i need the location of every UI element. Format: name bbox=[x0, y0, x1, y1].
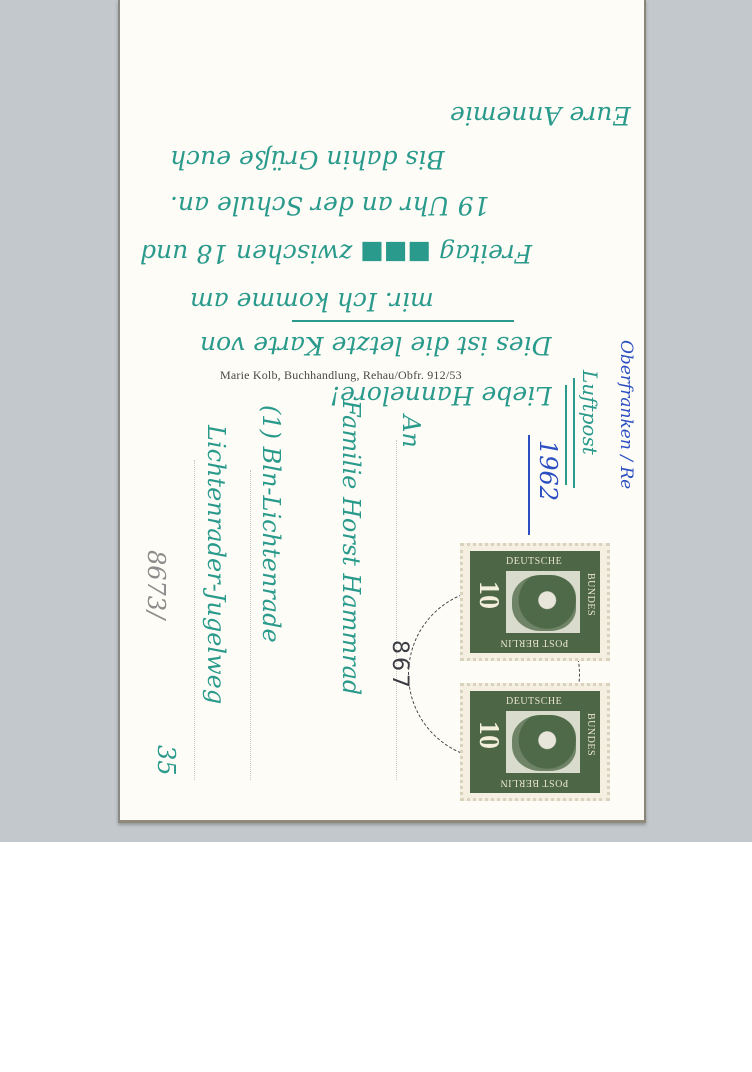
pencil-note: 8673/ bbox=[142, 550, 170, 619]
region-note: Oberfranken / Re bbox=[616, 340, 636, 489]
message-block: Dies ist die letzte Karte von mir. Ich k… bbox=[130, 60, 630, 360]
publisher-imprint: Marie Kolb, Buchhandlung, Rehau/Obfr. 91… bbox=[220, 368, 462, 383]
address-city: (1) Bln-Lichtenrade bbox=[257, 405, 285, 643]
address-guide-line bbox=[250, 470, 251, 780]
message-line: Freitag ■■■ zwischen 18 und bbox=[140, 239, 532, 268]
salutation-underline bbox=[292, 320, 514, 322]
message-line: Bis dahin Grüße euch bbox=[170, 145, 445, 174]
address-prefix: An bbox=[397, 415, 425, 448]
message-line: Dies ist die letzte Karte von bbox=[200, 331, 552, 360]
year-note: 1962 bbox=[534, 440, 562, 501]
airmail-note: Luftpost bbox=[578, 370, 602, 455]
address-house-number: 35 bbox=[152, 745, 180, 776]
stamp: DEUTSCHE BUNDES POST BERLIN 10 bbox=[460, 543, 610, 661]
postmark-text: 867 bbox=[387, 640, 412, 691]
message-line: 19 Uhr an der Schule an. bbox=[170, 191, 490, 220]
airmail-underline bbox=[573, 378, 575, 488]
address-recipient: Familie Horst Hammrad bbox=[337, 400, 365, 695]
address-guide-line bbox=[396, 440, 397, 780]
airmail-underline bbox=[565, 385, 567, 485]
address-guide-line bbox=[194, 460, 195, 780]
address-street: Lichtenrader-Jugelweg bbox=[202, 425, 230, 704]
message-line: mir. Ich komme am bbox=[190, 287, 434, 316]
stamp: DEUTSCHE BUNDES POST BERLIN 10 bbox=[460, 683, 610, 801]
year-underline bbox=[528, 435, 530, 535]
message-line: Eure Annemie bbox=[450, 101, 631, 130]
